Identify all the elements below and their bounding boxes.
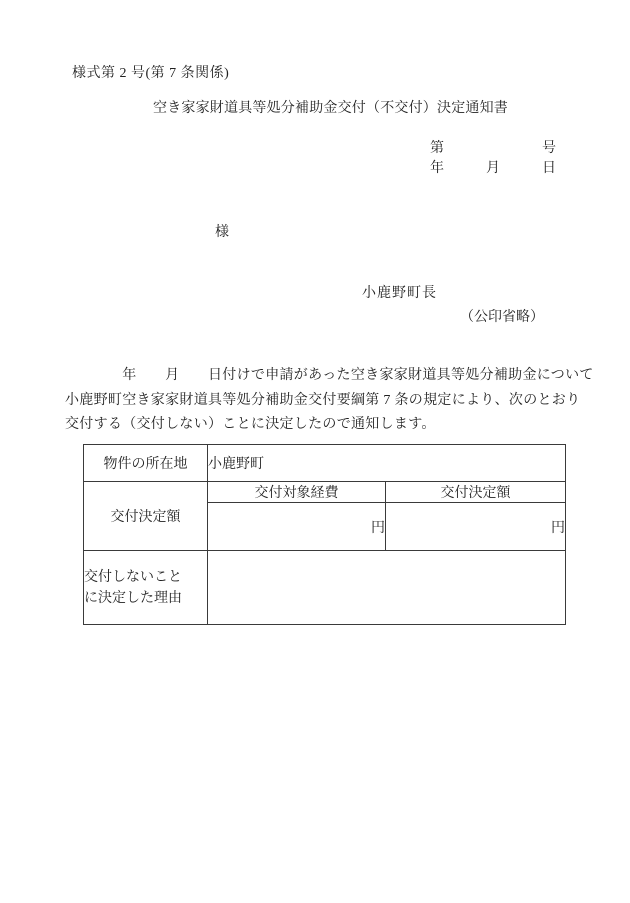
expense-amount-cell: 円 bbox=[208, 503, 386, 551]
expense-column-header: 交付対象経費 bbox=[208, 482, 386, 503]
decided-amount-column-header: 交付決定額 bbox=[386, 482, 566, 503]
decision-table: 物件の所在地 小鹿野町 交付決定額 交付対象経費 交付決定額 円 円 交付しない… bbox=[83, 444, 566, 625]
date-year-label: 年 bbox=[430, 157, 444, 177]
sender-title: 小鹿野町長 bbox=[362, 282, 437, 302]
table-row-location: 物件の所在地 小鹿野町 bbox=[84, 445, 566, 482]
non-grant-reason-label-line2: に決定した理由 bbox=[84, 591, 182, 606]
non-grant-reason-label-line1: 交付しないこと bbox=[84, 570, 182, 585]
date-month-label: 月 bbox=[486, 157, 500, 177]
body-line-1: 年 月 日付けで申請があった空き家家財道具等処分補助金について bbox=[65, 364, 575, 389]
property-location-value: 小鹿野町 bbox=[208, 445, 566, 482]
document-page: 様式第 2 号(第 7 条関係) 空き家家財道具等処分補助金交付（不交付）決定通… bbox=[0, 0, 630, 903]
date-line: 年 月 日 bbox=[430, 157, 556, 177]
body-line-2: 小鹿野町空き家家財道具等処分補助金交付要綱第 7 条の規定により、次のとおり bbox=[65, 389, 575, 414]
body-paragraph: 年 月 日付けで申請があった空き家家財道具等処分補助金について 小鹿野町空き家家… bbox=[65, 364, 575, 438]
reference-number-line: 第 号 bbox=[430, 137, 556, 157]
document-title: 空き家家財道具等処分補助金交付（不交付）決定通知書 bbox=[153, 97, 508, 117]
form-number: 様式第 2 号(第 7 条関係) bbox=[72, 62, 229, 82]
property-location-label: 物件の所在地 bbox=[84, 445, 208, 482]
table-row-subheaders: 交付決定額 交付対象経費 交付決定額 bbox=[84, 482, 566, 503]
ref-number-prefix: 第 bbox=[430, 137, 444, 157]
table-row-reason: 交付しないこと に決定した理由 bbox=[84, 551, 566, 625]
decided-amount-cell: 円 bbox=[386, 503, 566, 551]
recipient-honorific: 様 bbox=[215, 221, 229, 241]
grant-decision-label: 交付決定額 bbox=[84, 482, 208, 551]
ref-number-suffix: 号 bbox=[542, 137, 556, 157]
date-day-label: 日 bbox=[542, 157, 556, 177]
body-line-3: 交付する（交付しない）ことに決定したので通知します。 bbox=[65, 413, 575, 438]
non-grant-reason-label: 交付しないこと に決定した理由 bbox=[84, 551, 208, 625]
non-grant-reason-value bbox=[208, 551, 566, 625]
seal-omitted-note: （公印省略） bbox=[460, 306, 544, 326]
